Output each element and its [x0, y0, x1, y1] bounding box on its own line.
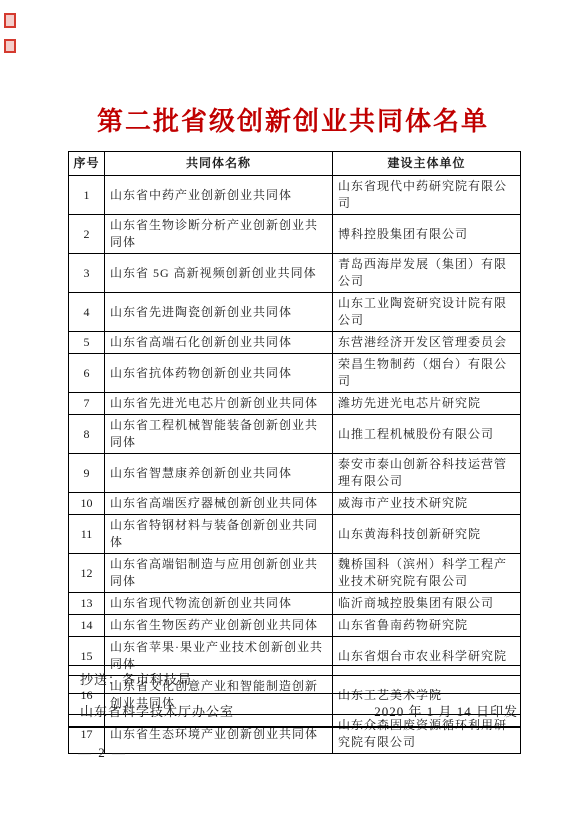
- table-row: 5山东省高端石化创新创业共同体东营港经济开发区管理委员会: [69, 332, 521, 354]
- document-page: 第二批省级创新创业共同体名单 序号 共同体名称 建设主体单位 1山东省中药产业创…: [0, 0, 586, 828]
- row-number: 10: [69, 493, 105, 515]
- builder-org-cell: 山推工程机械股份有限公司: [333, 415, 521, 454]
- community-name-cell: 山东省中药产业创新创业共同体: [105, 176, 333, 215]
- builder-org-cell: 青岛西海岸发展（集团）有限公司: [333, 254, 521, 293]
- community-name-cell: 山东省抗体药物创新创业共同体: [105, 354, 333, 393]
- table-row: 14山东省生物医药产业创新创业共同体山东省鲁南药物研究院: [69, 615, 521, 637]
- community-name-cell: 山东省生物诊断分析产业创新创业共同体: [105, 215, 333, 254]
- issuer-office: 山东省科学技术厅办公室: [80, 701, 234, 720]
- row-number: 5: [69, 332, 105, 354]
- header-community-name: 共同体名称: [105, 152, 333, 176]
- print-date: 2020 年 1 月 14 日印发: [374, 701, 518, 720]
- document-footer: 抄送：各市科技局 山东省科学技术厅办公室 2020 年 1 月 14 日印发 —…: [68, 665, 520, 761]
- community-list-table-wrap: 序号 共同体名称 建设主体单位 1山东省中药产业创新创业共同体山东省现代中药研究…: [68, 151, 520, 754]
- table-row: 7山东省先进光电芯片创新创业共同体潍坊先进光电芯片研究院: [69, 393, 521, 415]
- builder-org-cell: 潍坊先进光电芯片研究院: [333, 393, 521, 415]
- builder-org-cell: 山东省鲁南药物研究院: [333, 615, 521, 637]
- table-row: 1山东省中药产业创新创业共同体山东省现代中药研究院有限公司: [69, 176, 521, 215]
- header-seq-no: 序号: [69, 152, 105, 176]
- builder-org-cell: 荣昌生物制药（烟台）有限公司: [333, 354, 521, 393]
- table-row: 12山东省高端铝制造与应用创新创业共同体魏桥国科（滨州）科学工程产业技术研究院有…: [69, 554, 521, 593]
- row-number: 2: [69, 215, 105, 254]
- page-number: — 2 —: [68, 745, 520, 761]
- builder-org-cell: 山东省现代中药研究院有限公司: [333, 176, 521, 215]
- builder-org-cell: 泰安市泰山创新谷科技运营管理有限公司: [333, 454, 521, 493]
- builder-org-cell: 东营港经济开发区管理委员会: [333, 332, 521, 354]
- cc-line: 抄送：各市科技局: [68, 665, 520, 694]
- community-name-cell: 山东省工程机械智能装备创新创业共同体: [105, 415, 333, 454]
- table-row: 4山东省先进陶瓷创新创业共同体山东工业陶瓷研究设计院有限公司: [69, 293, 521, 332]
- table-row: 3山东省 5G 高新视频创新创业共同体青岛西海岸发展（集团）有限公司: [69, 254, 521, 293]
- table-row: 11山东省特钢材料与装备创新创业共同体山东黄海科技创新研究院: [69, 515, 521, 554]
- community-name-cell: 山东省高端铝制造与应用创新创业共同体: [105, 554, 333, 593]
- row-number: 12: [69, 554, 105, 593]
- community-name-cell: 山东省特钢材料与装备创新创业共同体: [105, 515, 333, 554]
- row-number: 14: [69, 615, 105, 637]
- row-number: 11: [69, 515, 105, 554]
- row-number: 1: [69, 176, 105, 215]
- community-list-table: 序号 共同体名称 建设主体单位 1山东省中药产业创新创业共同体山东省现代中药研究…: [68, 151, 521, 754]
- row-number: 3: [69, 254, 105, 293]
- row-number: 4: [69, 293, 105, 332]
- table-row: 13山东省现代物流创新创业共同体临沂商城控股集团有限公司: [69, 593, 521, 615]
- builder-org-cell: 山东工业陶瓷研究设计院有限公司: [333, 293, 521, 332]
- issuer-row: 山东省科学技术厅办公室 2020 年 1 月 14 日印发: [68, 694, 520, 728]
- builder-org-cell: 临沂商城控股集团有限公司: [333, 593, 521, 615]
- row-number: 7: [69, 393, 105, 415]
- row-number: 8: [69, 415, 105, 454]
- table-row: 10山东省高端医疗器械创新创业共同体威海市产业技术研究院: [69, 493, 521, 515]
- page-title: 第二批省级创新创业共同体名单: [0, 101, 586, 138]
- builder-org-cell: 博科控股集团有限公司: [333, 215, 521, 254]
- community-name-cell: 山东省智慧康养创新创业共同体: [105, 454, 333, 493]
- community-name-cell: 山东省高端石化创新创业共同体: [105, 332, 333, 354]
- red-corner-mark: [4, 39, 16, 53]
- table-row: 8山东省工程机械智能装备创新创业共同体山推工程机械股份有限公司: [69, 415, 521, 454]
- header-builder-org: 建设主体单位: [333, 152, 521, 176]
- community-name-cell: 山东省高端医疗器械创新创业共同体: [105, 493, 333, 515]
- community-name-cell: 山东省现代物流创新创业共同体: [105, 593, 333, 615]
- community-name-cell: 山东省先进陶瓷创新创业共同体: [105, 293, 333, 332]
- table-header-row: 序号 共同体名称 建设主体单位: [69, 152, 521, 176]
- table-row: 9山东省智慧康养创新创业共同体泰安市泰山创新谷科技运营管理有限公司: [69, 454, 521, 493]
- community-name-cell: 山东省生物医药产业创新创业共同体: [105, 615, 333, 637]
- row-number: 9: [69, 454, 105, 493]
- builder-org-cell: 魏桥国科（滨州）科学工程产业技术研究院有限公司: [333, 554, 521, 593]
- builder-org-cell: 威海市产业技术研究院: [333, 493, 521, 515]
- table-row: 2山东省生物诊断分析产业创新创业共同体博科控股集团有限公司: [69, 215, 521, 254]
- community-name-cell: 山东省先进光电芯片创新创业共同体: [105, 393, 333, 415]
- builder-org-cell: 山东黄海科技创新研究院: [333, 515, 521, 554]
- community-name-cell: 山东省 5G 高新视频创新创业共同体: [105, 254, 333, 293]
- row-number: 6: [69, 354, 105, 393]
- table-row: 6山东省抗体药物创新创业共同体荣昌生物制药（烟台）有限公司: [69, 354, 521, 393]
- row-number: 13: [69, 593, 105, 615]
- red-corner-mark: [4, 13, 16, 28]
